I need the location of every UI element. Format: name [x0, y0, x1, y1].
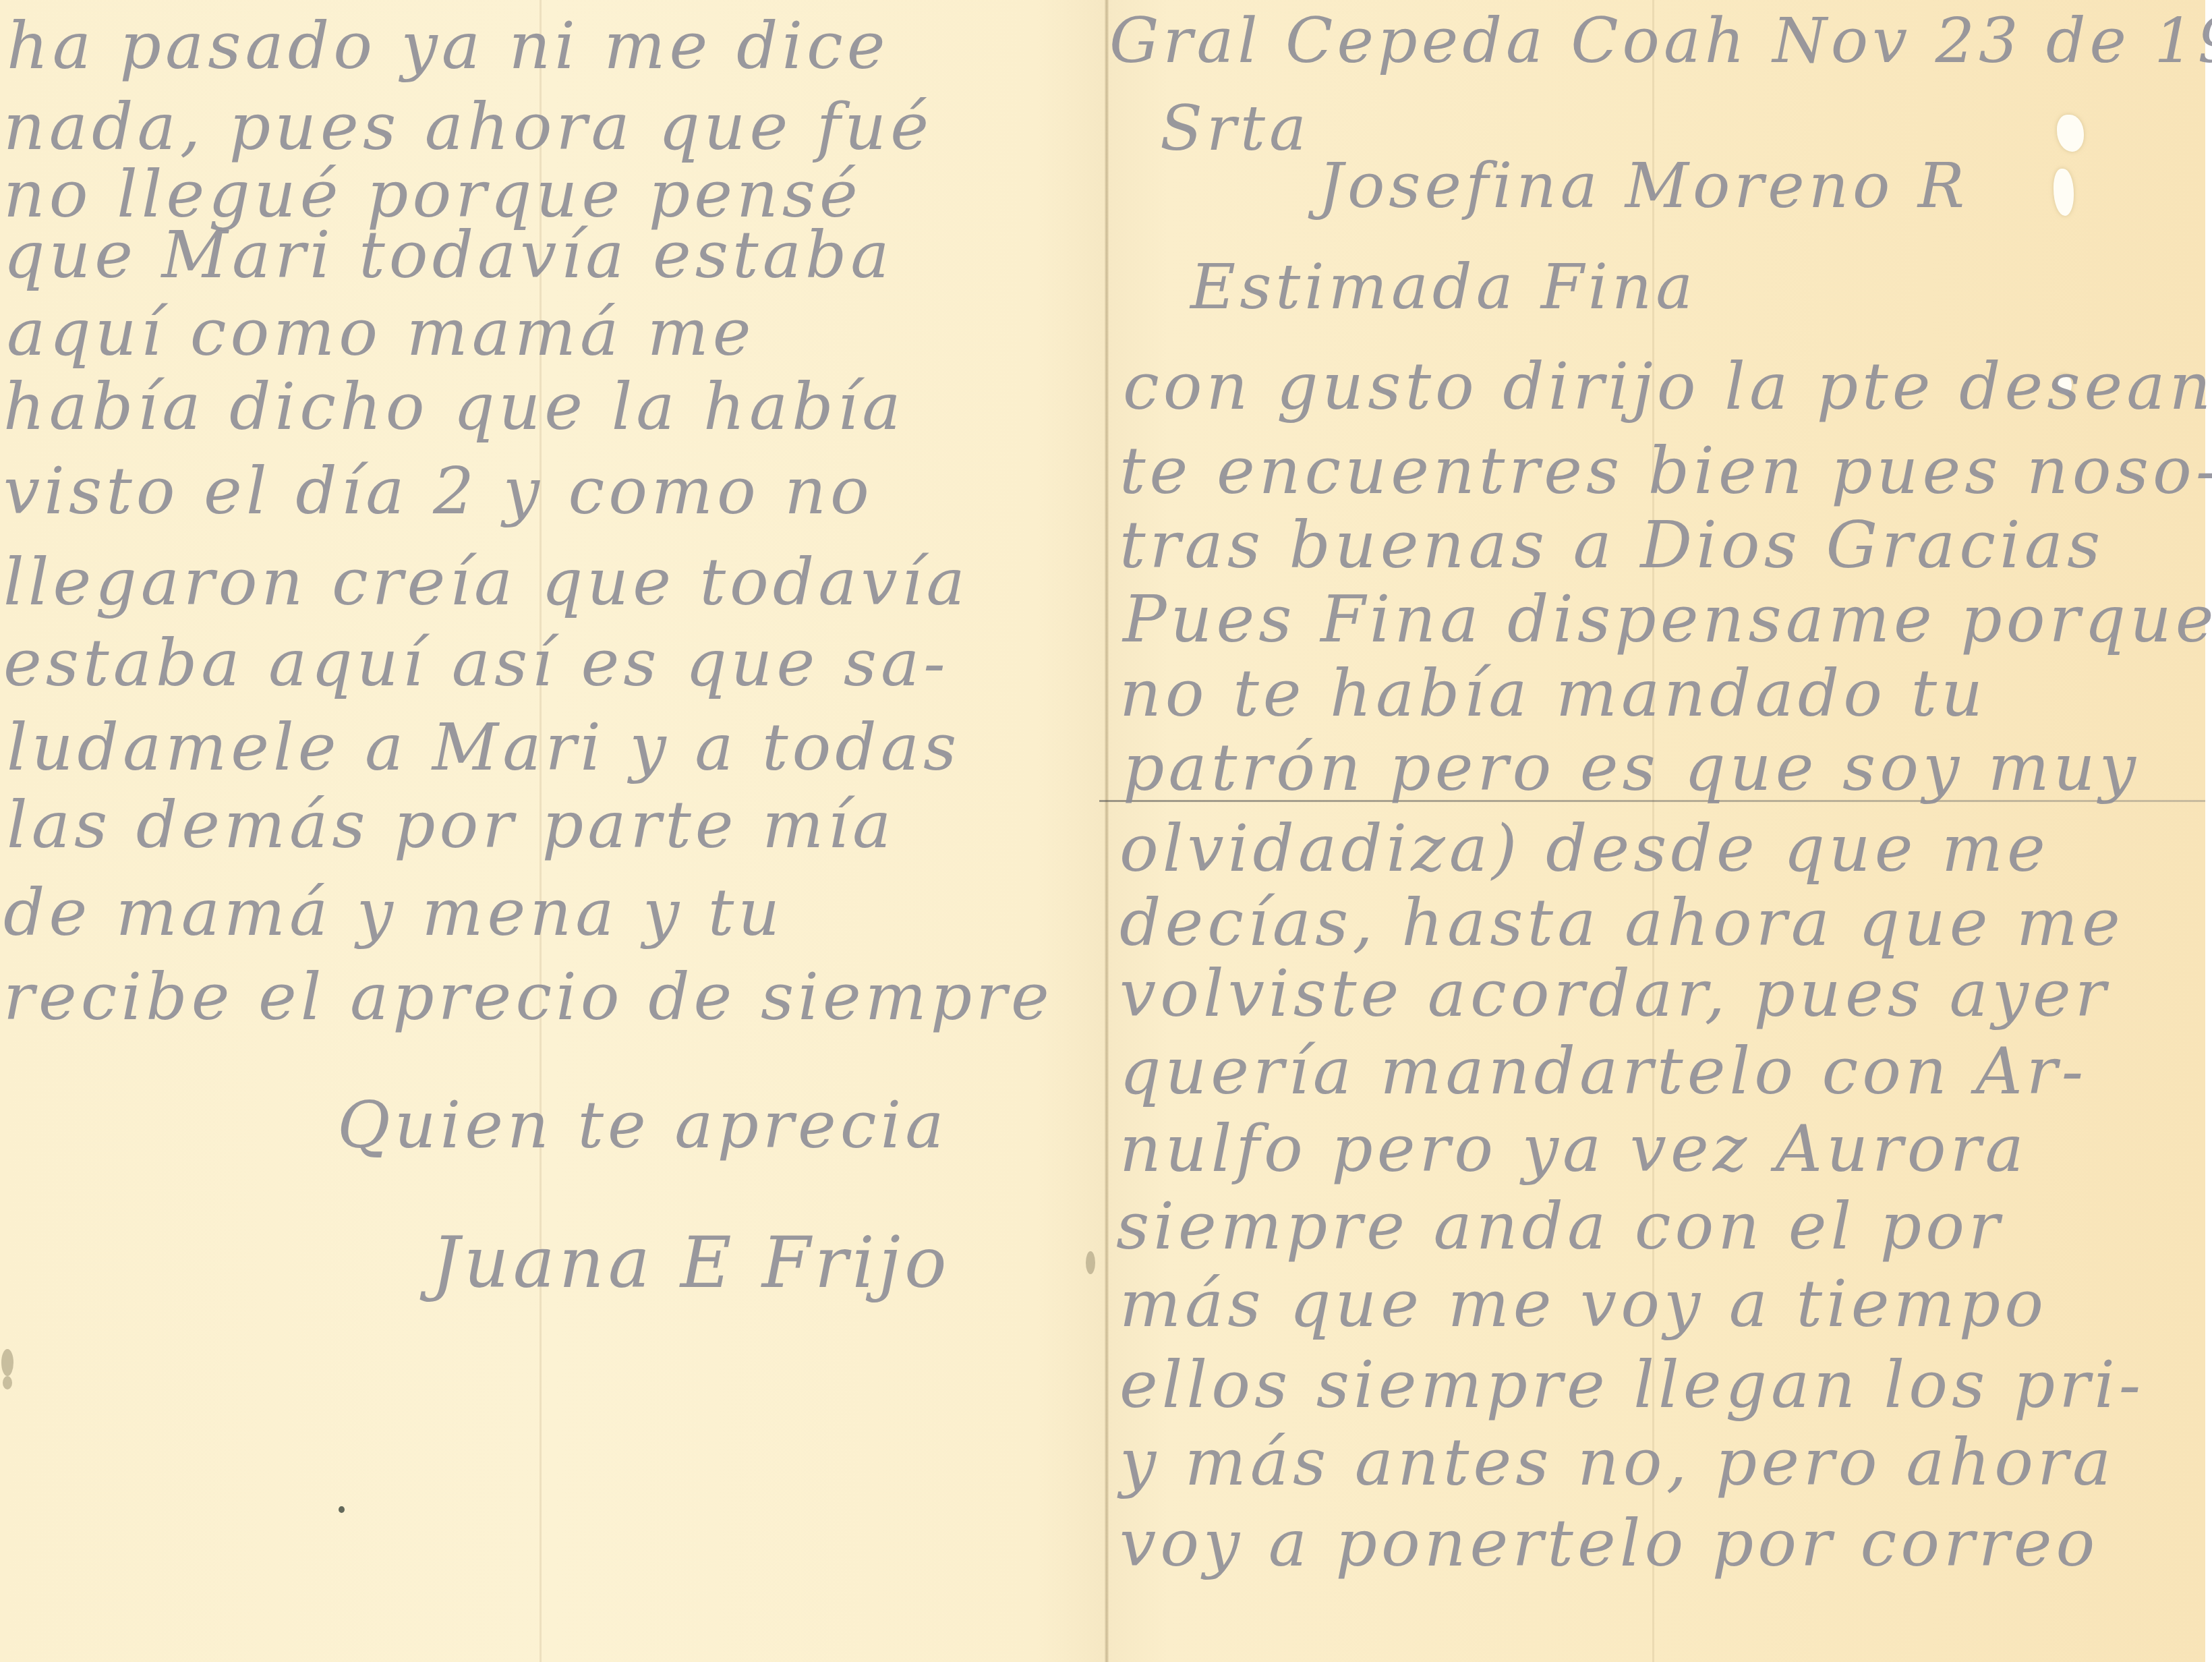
place-date-line: Gral Cepeda Coah Nov 23 de 1953: [1109, 10, 2212, 72]
letter-line: llegaron creía que todavía: [3, 550, 969, 614]
letter-line: visto el día 2 y como no: [3, 459, 873, 523]
letter-line: volviste acordar, pues ayer: [1119, 961, 2110, 1026]
letter-line: no te había mandado tu: [1119, 661, 1987, 726]
letter-line: voy a ponertelo por correo: [1119, 1511, 2099, 1576]
letter-line: te encuentres bien pues noso-: [1119, 438, 2212, 503]
letter-line: con gusto dirijo la pte deseando: [1123, 354, 2212, 419]
letter-line: más que me voy a tiempo: [1119, 1271, 2047, 1336]
letter-line: ludamele a Mari y a todas: [7, 715, 960, 780]
letter-line: recibe el aprecio de siempre: [3, 965, 1053, 1029]
letter-line: ellos siempre llegan los pri-: [1119, 1352, 2145, 1417]
letter-line: patrón pero es que soy muy: [1123, 735, 2140, 800]
center-fold-crease: [1105, 0, 1109, 1662]
left-page: ha pasado ya ni me dice nada, pues ahora…: [0, 0, 1099, 1662]
letter-line: quería mandartelo con Ar-: [1119, 1039, 2087, 1104]
scan-border: [2205, 0, 2212, 1662]
letter-line: tras buenas a Dios Gracias: [1119, 513, 2104, 577]
closing-line: Quien te aprecia: [337, 1093, 948, 1157]
letter-line: de mamá y mena y tu: [3, 880, 784, 945]
right-page: Gral Cepeda Coah Nov 23 de 1953 Srta Jos…: [1109, 0, 2205, 1662]
letter-line: Pues Fina dispensame porque: [1123, 587, 2212, 652]
letter-line: aquí como mamá me: [7, 300, 755, 365]
letter-line: ha pasado ya ni me dice: [7, 13, 890, 78]
greeting: Estimada Fina: [1190, 256, 1697, 318]
letter-line: nulfo pero ya vez Aurora: [1119, 1116, 2028, 1181]
letter-line: siempre anda con el por: [1116, 1194, 2004, 1259]
signature: Juana E Frijo: [432, 1228, 951, 1298]
recipient-name: Josefina Moreno R: [1318, 155, 1969, 217]
letter-line: y más antes no, pero ahora: [1119, 1430, 2115, 1495]
letter-line: había dicho que la había: [3, 374, 905, 439]
letter-line: que Mari todavía estaba: [3, 223, 894, 287]
letter-line: las demás por parte mía: [7, 793, 895, 857]
salutation-prefix: Srta: [1160, 98, 1310, 160]
letter-line: olvidadiza) desde que me: [1119, 816, 2049, 881]
letter-line: estaba aquí así es que sa-: [3, 631, 950, 695]
letter-line: decías, hasta ahora que me: [1119, 890, 2124, 955]
letter-line: nada, pues ahora que fué: [3, 94, 933, 159]
